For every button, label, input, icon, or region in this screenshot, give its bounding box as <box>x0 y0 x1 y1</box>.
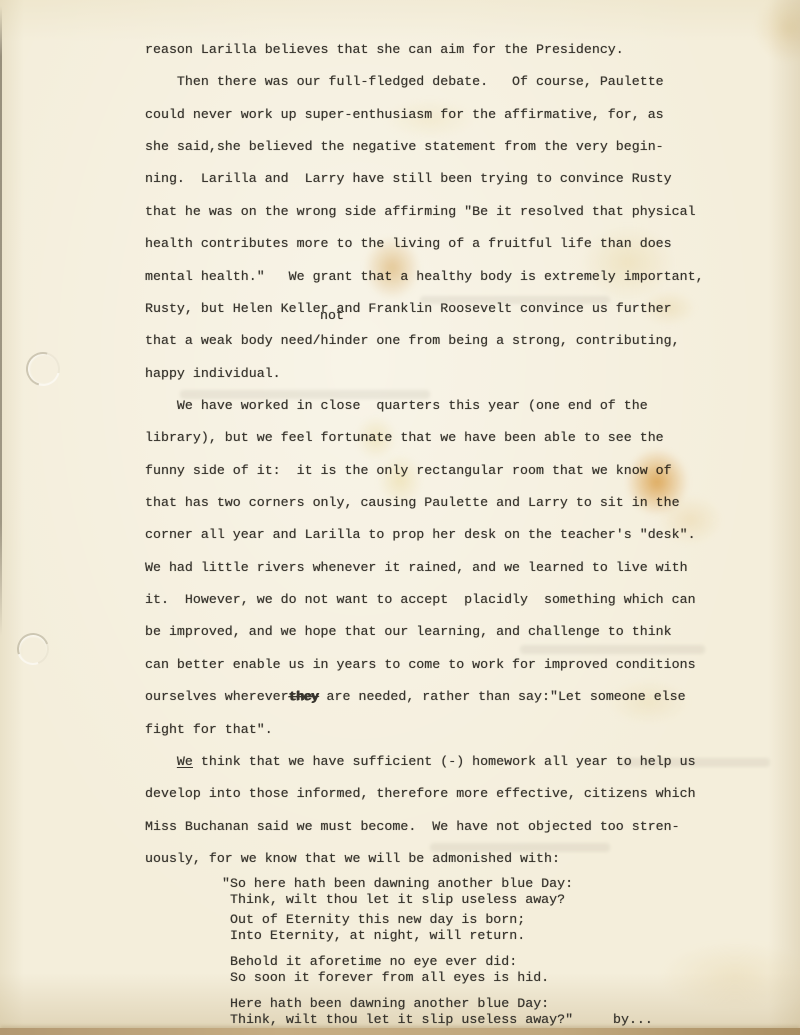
text-line: that has two corners only, causing Paule… <box>145 487 800 519</box>
text-segment: ning. Larilla and Larry have still been … <box>145 171 672 186</box>
text-segment: think that we have sufficient (-) homewo… <box>193 754 696 769</box>
text-segment: it. However, we do not want to accept pl… <box>145 592 696 607</box>
struck-out-word: they <box>289 689 319 704</box>
poem-line: Think, wilt thou let it slip useless awa… <box>222 1012 800 1028</box>
poem-block: "So here hath been dawning another blue … <box>222 876 800 1028</box>
text-line: happy individual. <box>145 358 800 390</box>
text-segment: funny side of it: it is the only rectang… <box>145 463 672 478</box>
text-line: that he was on the wrong side affirming … <box>145 196 800 228</box>
text-segment: are needed, rather than say:"Let someone… <box>319 689 686 704</box>
text-line: be improved, and we hope that our learni… <box>145 616 800 648</box>
text-segment: be improved, and we hope that our learni… <box>145 624 672 639</box>
text-line: can better enable us in years to come to… <box>145 649 800 681</box>
text-line: library), but we feel fortunate that we … <box>145 422 800 454</box>
text-line: health contributes more to the living of… <box>145 228 800 260</box>
text-segment: she said,she believed the negative state… <box>145 139 664 154</box>
text-segment: health contributes more to the living of… <box>145 236 672 251</box>
text-line: she said,she believed the negative state… <box>145 131 800 163</box>
underlined-word: We <box>177 754 193 769</box>
text-segment: We have worked in close quarters this ye… <box>145 398 648 413</box>
poem-line: Into Eternity, at night, will return. <box>222 928 800 944</box>
text-segment: library), but we feel fortunate that we … <box>145 430 664 445</box>
text-line: fight for that". <box>145 714 800 746</box>
text-line: mental health." We grant that a healthy … <box>145 261 800 293</box>
text-line: develop into those informed, therefore m… <box>145 778 800 810</box>
text-line: Then there was our full-fledged debate. … <box>145 66 800 98</box>
text-segment: that has two corners only, causing Paule… <box>145 495 680 510</box>
text-segment: ourselves wherever <box>145 689 289 704</box>
text-segment: that he was on the wrong side affirming … <box>145 204 696 219</box>
text-segment: happy individual. <box>145 366 281 381</box>
text-segment: Miss Buchanan said we must become. We ha… <box>145 819 680 834</box>
text-line: reason Larilla believes that she can aim… <box>145 34 800 66</box>
poem-line: "So here hath been dawning another blue … <box>222 876 800 892</box>
text-segment: mental health." We grant that a healthy … <box>145 269 704 284</box>
text-line: ning. Larilla and Larry have still been … <box>145 163 800 195</box>
text-segment: that a weak body need/hinder one from be… <box>145 333 680 348</box>
poem-stanza: Behold it aforetime no eye ever did: So … <box>222 954 800 986</box>
poem-stanza: Here hath been dawning another blue Day:… <box>222 996 800 1028</box>
text-segment: develop into those informed, therefore m… <box>145 786 696 801</box>
text-segment: can better enable us in years to come to… <box>145 657 696 672</box>
text-segment: corner all year and Larilla to prop her … <box>145 527 696 542</box>
scan-left-edge-shadow <box>0 6 2 636</box>
text-line: could never work up super-enthusiasm for… <box>145 99 800 131</box>
text-segment: Rusty, but Helen Keller and Franklin Roo… <box>145 301 672 316</box>
scan-bottom-edge <box>0 1028 800 1035</box>
text-segment <box>145 754 177 769</box>
poem-stanza: Out of Eternity this new day is born; In… <box>222 912 800 944</box>
text-line: Miss Buchanan said we must become. We ha… <box>145 811 800 843</box>
text-segment: uously, for we know that we will be admo… <box>145 851 560 866</box>
document-body: reason Larilla believes that she can aim… <box>145 34 800 875</box>
text-segment: fight for that". <box>145 722 273 737</box>
text-line: We had little rivers whenever it rained,… <box>145 552 800 584</box>
scanned-document-page: reason Larilla believes that she can aim… <box>0 0 800 1035</box>
text-segment: We had little rivers whenever it rained,… <box>145 560 688 575</box>
text-line: Rusty, but Helen Keller and Franklin Roo… <box>145 293 800 325</box>
typewritten-text-layer: reason Larilla believes that she can aim… <box>0 0 800 1028</box>
text-line: We think that we have sufficient (-) hom… <box>145 746 800 778</box>
text-line: ourselves whereverthey are needed, rathe… <box>145 681 800 713</box>
text-line: funny side of it: it is the only rectang… <box>145 455 800 487</box>
poem-stanza: "So here hath been dawning another blue … <box>222 876 800 908</box>
poem-line: Out of Eternity this new day is born; <box>222 912 800 928</box>
text-line: We have worked in close quarters this ye… <box>145 390 800 422</box>
text-line: it. However, we do not want to accept pl… <box>145 584 800 616</box>
poem-line: Think, wilt thou let it slip useless awa… <box>222 892 800 908</box>
text-segment: reason Larilla believes that she can aim… <box>145 42 624 57</box>
text-line: that a weak body need/hinder one from be… <box>145 325 800 357</box>
inserted-word: not <box>320 309 344 323</box>
text-line: uously, for we know that we will be admo… <box>145 843 800 875</box>
text-segment: Then there was our full-fledged debate. … <box>145 74 664 89</box>
poem-line: So soon it forever from all eyes is hid. <box>222 970 800 986</box>
poem-line: Here hath been dawning another blue Day: <box>222 996 800 1012</box>
text-segment: could never work up super-enthusiasm for… <box>145 107 664 122</box>
poem-line: Behold it aforetime no eye ever did: <box>222 954 800 970</box>
text-line: corner all year and Larilla to prop her … <box>145 519 800 551</box>
